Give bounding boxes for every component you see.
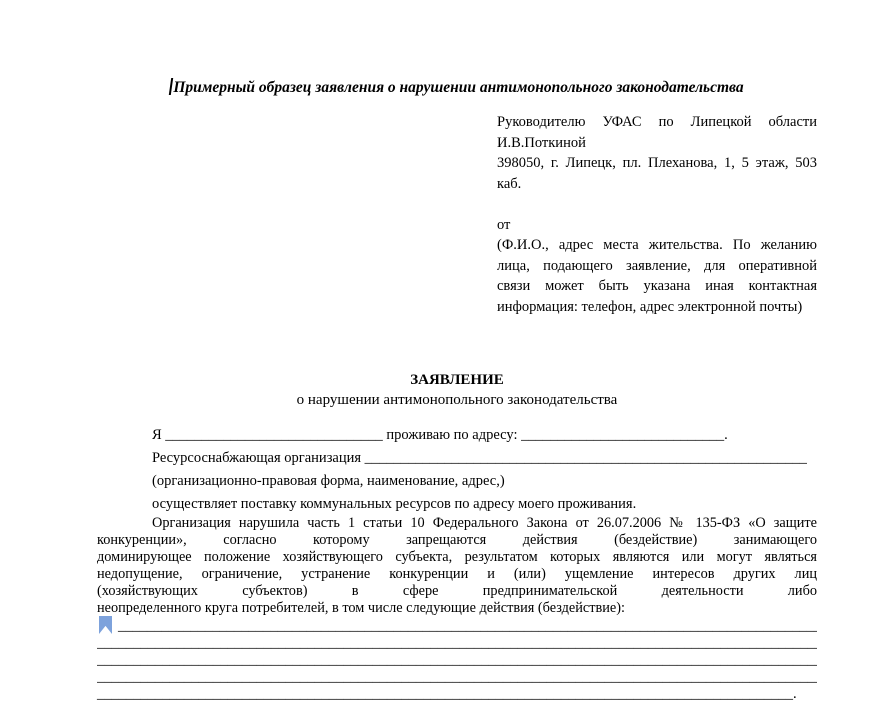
document-page[interactable]: Примерный образец заявления о нарушении …	[0, 0, 878, 706]
document-title-text: Примерный образец заявления о нарушении …	[173, 79, 743, 96]
form-line-identity: Я ______________________________ прожива…	[152, 424, 807, 447]
sender-note-line: информация: телефон, адрес электронной п…	[497, 297, 817, 318]
sender-note-line: (Ф.И.О., адрес места жительства. По жела…	[497, 235, 817, 256]
application-heading-main: ЗАЯВЛЕНИЕ	[97, 370, 817, 390]
form-line-organization: Ресурсоснабжающая организация __________…	[152, 447, 807, 470]
sender-note-line: связи может быть указана иная контактная	[497, 276, 817, 297]
document-title: Примерный образец заявления о нарушении …	[97, 78, 817, 97]
fill-in-lines: ________________________________________…	[97, 618, 817, 703]
application-heading-sub: о нарушении антимонопольного законодател…	[97, 390, 817, 410]
fill-in-line: ________________________________________…	[97, 652, 817, 669]
fill-in-line: ________________________________________…	[97, 618, 817, 635]
violation-paragraph: Организация нарушила часть 1 статьи 10 Ф…	[97, 515, 817, 618]
recipient-block: Руководителю УФАС по Липецкой области И.…	[497, 112, 817, 317]
paragraph-line: доминирующее положение хозяйствующего су…	[97, 549, 817, 566]
recipient-line: Руководителю УФАС по Липецкой области	[497, 112, 817, 133]
application-heading: ЗАЯВЛЕНИЕ о нарушении антимонопольного з…	[97, 370, 817, 410]
paragraph-line: недопущение, ограничение, устранение кон…	[97, 566, 817, 583]
paragraph-line: (хозяйствующих субъектов) в сфере предпр…	[97, 583, 817, 600]
sender-note-line: лица, подающего заявление, для оперативн…	[497, 256, 817, 277]
recipient-line: 398050, г. Липецк, пл. Плеханова, 1, 5 э…	[497, 153, 817, 174]
paragraph-line: неопределенного круга потребителей, в то…	[97, 600, 817, 617]
paragraph-line: конкуренции», согласно которому запрещаю…	[97, 532, 817, 549]
fill-in-line: ________________________________________…	[97, 669, 817, 686]
form-line-org-note: (организационно-правовая форма, наименов…	[152, 470, 807, 493]
recipient-line: каб.	[497, 174, 817, 195]
fill-in-line: ________________________________________…	[97, 686, 817, 703]
paragraph-line: Организация нарушила часть 1 статьи 10 Ф…	[97, 515, 817, 532]
fill-in-form: Я ______________________________ прожива…	[152, 424, 807, 516]
form-line-supply: осуществляет поставку коммунальных ресур…	[152, 493, 807, 516]
sender-from-label: от	[497, 215, 817, 236]
fill-in-line: ________________________________________…	[97, 635, 817, 652]
recipient-line: И.В.Поткиной	[497, 133, 817, 154]
